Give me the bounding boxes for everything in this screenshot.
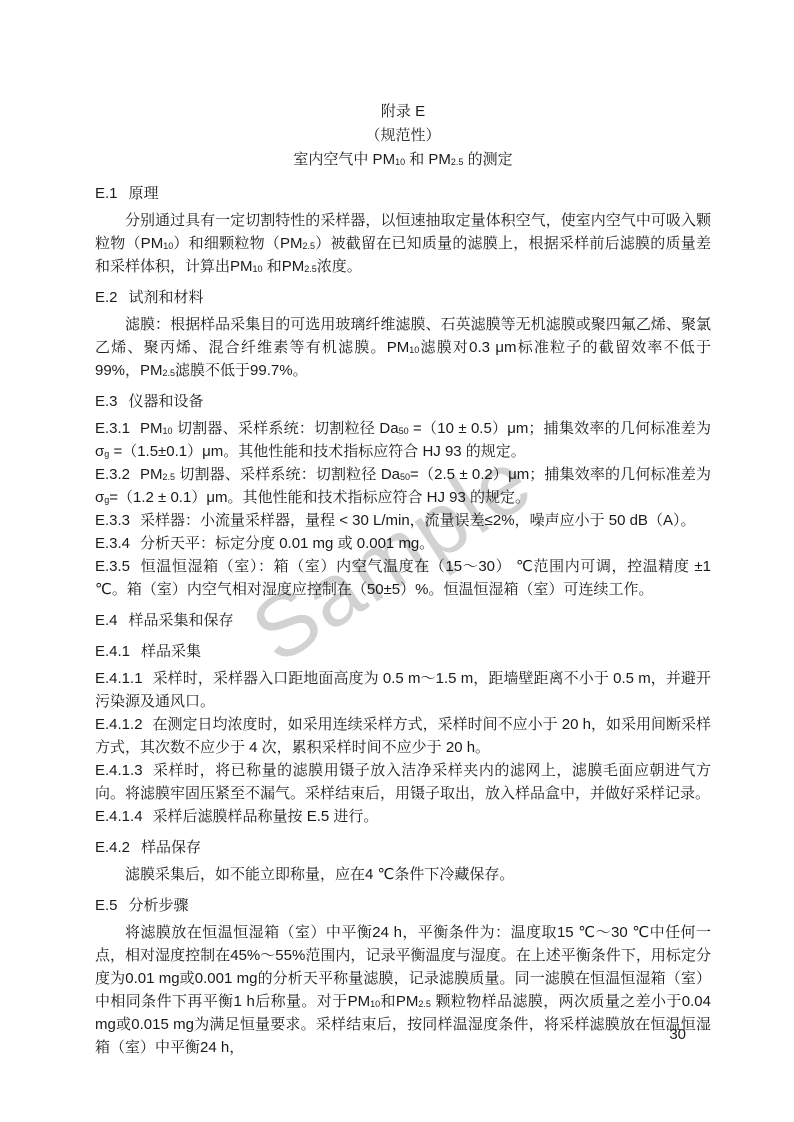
section-number: E.4.1 [95,643,130,660]
section-title: 原理 [129,185,159,202]
appendix-subtitle: 室内空气中 PM10 和 PM2.5 的测定 [95,148,711,172]
paragraph-e2: 滤膜：根据样品采集目的可选用玻璃纤维滤膜、石英滤膜等无机滤膜或聚四氟乙烯、聚氯乙… [95,313,711,382]
section-number: E.3 [95,393,118,410]
section-heading-e4-2: E.4.2样品保存 [95,836,711,859]
clause-e4-1-4: E.4.1.4采样后滤膜样品称量按 E.5 进行。 [95,805,711,828]
clause-e3-3: E.3.3采样器：小流量采样器，量程 < 30 L/min，流量误差≤2%，噪声… [95,509,711,532]
section-heading-e1: E.1原理 [95,182,711,205]
section-title: 样品采集和保存 [129,612,234,629]
clause-text: 分析天平：标定分度 0.01 mg 或 0.001 mg。 [140,535,434,552]
document-page: Sample 附录 E （规范性） 室内空气中 PM10 和 PM2.5 的测定… [0,0,794,1122]
paragraph-e5: 将滤膜放在恒温恒湿箱（室）中平衡24 h，平衡条件为：温度取15 ℃～30 ℃中… [95,921,711,1059]
appendix-title: 附录 E [95,100,711,124]
section-heading-e4: E.4样品采集和保存 [95,609,711,632]
clause-text: PM10 切割器、采样系统：切割粒径 Da50 =（10 ± 0.5）μm；捕集… [95,420,711,460]
page-content: 附录 E （规范性） 室内空气中 PM10 和 PM2.5 的测定 E.1原理 … [95,100,711,1059]
clause-text: 采样时，采样器入口距地面高度为 0.5 m～1.5 m，距墙壁距离不小于 0.5… [95,670,711,710]
clause-number: E.4.1.2 [95,716,143,733]
clause-number: E.3.5 [95,558,130,575]
clause-e4-1-2: E.4.1.2在测定日均浓度时，如采用连续采样方式，采样时间不应小于 20 h，… [95,713,711,759]
clause-number: E.4.1.4 [95,808,143,825]
section-title: 试剂和材料 [129,289,204,306]
clause-e4-1-1: E.4.1.1采样时，采样器入口距地面高度为 0.5 m～1.5 m，距墙壁距离… [95,667,711,713]
section-heading-e3: E.3仪器和设备 [95,390,711,413]
section-number: E.4.2 [95,839,130,856]
normative-label: （规范性） [95,124,711,148]
section-heading-e2: E.2试剂和材料 [95,286,711,309]
section-title: 仪器和设备 [129,393,204,410]
section-number: E.4 [95,612,118,629]
clause-text: 采样时，将已称量的滤膜用镊子放入洁净采样夹内的滤网上，滤膜毛面应朝进气方向。将滤… [95,762,711,802]
clause-text: 在测定日均浓度时，如采用连续采样方式，采样时间不应小于 20 h，如采用间断采样… [95,716,711,756]
section-number: E.1 [95,185,118,202]
paragraph-e1: 分别通过具有一定切割特性的采样器，以恒速抽取定量体积空气，使室内空气中可吸入颗粒… [95,209,711,278]
clause-text: 采样器：小流量采样器，量程 < 30 L/min，流量误差≤2%，噪声应小于 5… [140,512,695,529]
clause-e3-5: E.3.5恒温恒湿箱（室）：箱（室）内空气温度在（15～30） ℃范围内可调，控… [95,555,711,601]
clause-number: E.3.1 [95,420,130,437]
section-number: E.5 [95,897,118,914]
paragraph-e4-2: 滤膜采集后，如不能立即称量，应在4 ℃条件下冷藏保存。 [95,863,711,886]
clause-number: E.3.4 [95,535,130,552]
section-title: 样品采集 [141,643,201,660]
section-heading-e5: E.5分析步骤 [95,894,711,917]
clause-text: PM2.5 切割器、采样系统：切割粒径 Da50=（2.5 ± 0.2）μm；捕… [95,466,711,506]
section-title: 分析步骤 [129,897,189,914]
clause-text: 采样后滤膜样品称量按 E.5 进行。 [153,808,379,825]
clause-e3-2: E.3.2PM2.5 切割器、采样系统：切割粒径 Da50=（2.5 ± 0.2… [95,463,711,509]
section-title: 样品保存 [141,839,201,856]
clause-number: E.4.1.3 [95,762,143,779]
clause-number: E.4.1.1 [95,670,143,687]
page-number: 30 [669,1026,686,1043]
section-number: E.2 [95,289,118,306]
appendix-header: 附录 E （规范性） 室内空气中 PM10 和 PM2.5 的测定 [95,100,711,172]
clause-number: E.3.2 [95,466,130,483]
clause-e4-1-3: E.4.1.3采样时，将已称量的滤膜用镊子放入洁净采样夹内的滤网上，滤膜毛面应朝… [95,759,711,805]
clause-number: E.3.3 [95,512,130,529]
clause-text: 恒温恒湿箱（室）：箱（室）内空气温度在（15～30） ℃范围内可调，控温精度 ±… [95,558,711,598]
clause-e3-1: E.3.1PM10 切割器、采样系统：切割粒径 Da50 =（10 ± 0.5）… [95,417,711,463]
clause-e3-4: E.3.4分析天平：标定分度 0.01 mg 或 0.001 mg。 [95,532,711,555]
section-heading-e4-1: E.4.1样品采集 [95,640,711,663]
